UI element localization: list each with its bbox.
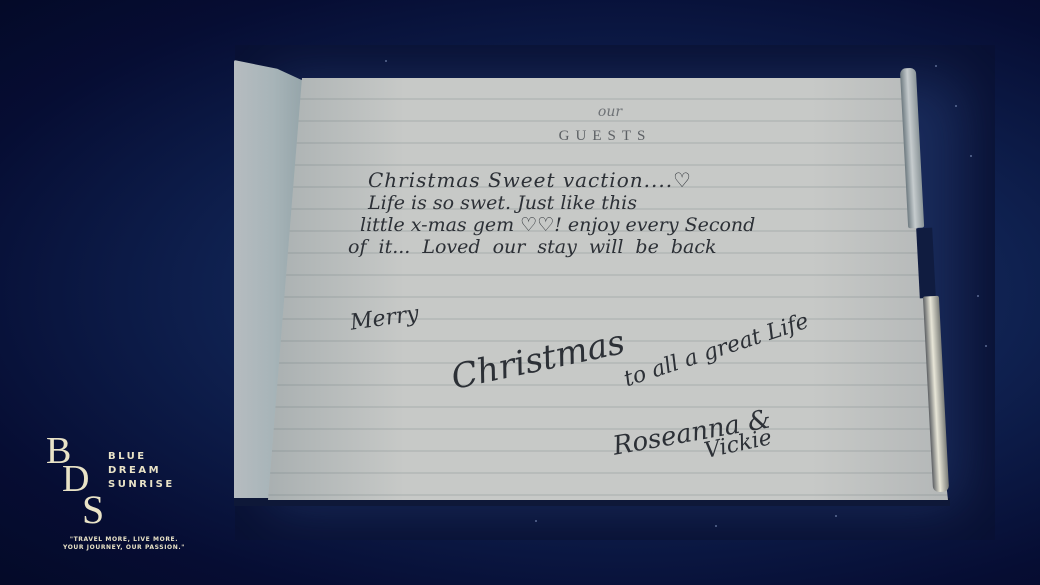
sparkle xyxy=(835,515,837,517)
handwritten-line-3: little x-mas gem ♡♡! enjoy every Second xyxy=(360,214,755,236)
handwritten-line-4: of it... Loved our stay will be back xyxy=(348,236,717,258)
tagline-line-1: "TRAVEL MORE, LIVE MORE. xyxy=(44,536,204,544)
brand-logo: B D S BLUE DREAM SUNRISE "TRAVEL MORE, L… xyxy=(44,432,204,557)
sparkle xyxy=(977,295,979,297)
brand-line-dream: DREAM xyxy=(108,464,175,478)
sparkle xyxy=(970,155,972,157)
sparkle xyxy=(985,345,987,347)
handwritten-line-2: Life is so swet. Just like this xyxy=(368,192,637,214)
monogram-letter-s: S xyxy=(82,490,104,530)
monogram-icon: B D S xyxy=(44,432,114,532)
brand-line-sunrise: SUNRISE xyxy=(108,478,175,492)
brand-tagline: "TRAVEL MORE, LIVE MORE. YOUR JOURNEY, O… xyxy=(44,536,204,552)
brand-line-blue: BLUE xyxy=(108,450,175,464)
sparkle xyxy=(935,65,937,67)
guestbook-header-title: GUESTS xyxy=(520,128,690,145)
tagline-line-2: YOUR JOURNEY, OUR PASSION." xyxy=(44,544,204,552)
guestbook-header-script: our xyxy=(580,104,640,120)
handwritten-line-1: Christmas Sweet vaction....♡ xyxy=(368,168,692,192)
brand-name: BLUE DREAM SUNRISE xyxy=(108,450,175,492)
sparkle xyxy=(715,525,717,527)
sparkle xyxy=(385,60,387,62)
sparkle xyxy=(535,520,537,522)
sparkle xyxy=(955,105,957,107)
